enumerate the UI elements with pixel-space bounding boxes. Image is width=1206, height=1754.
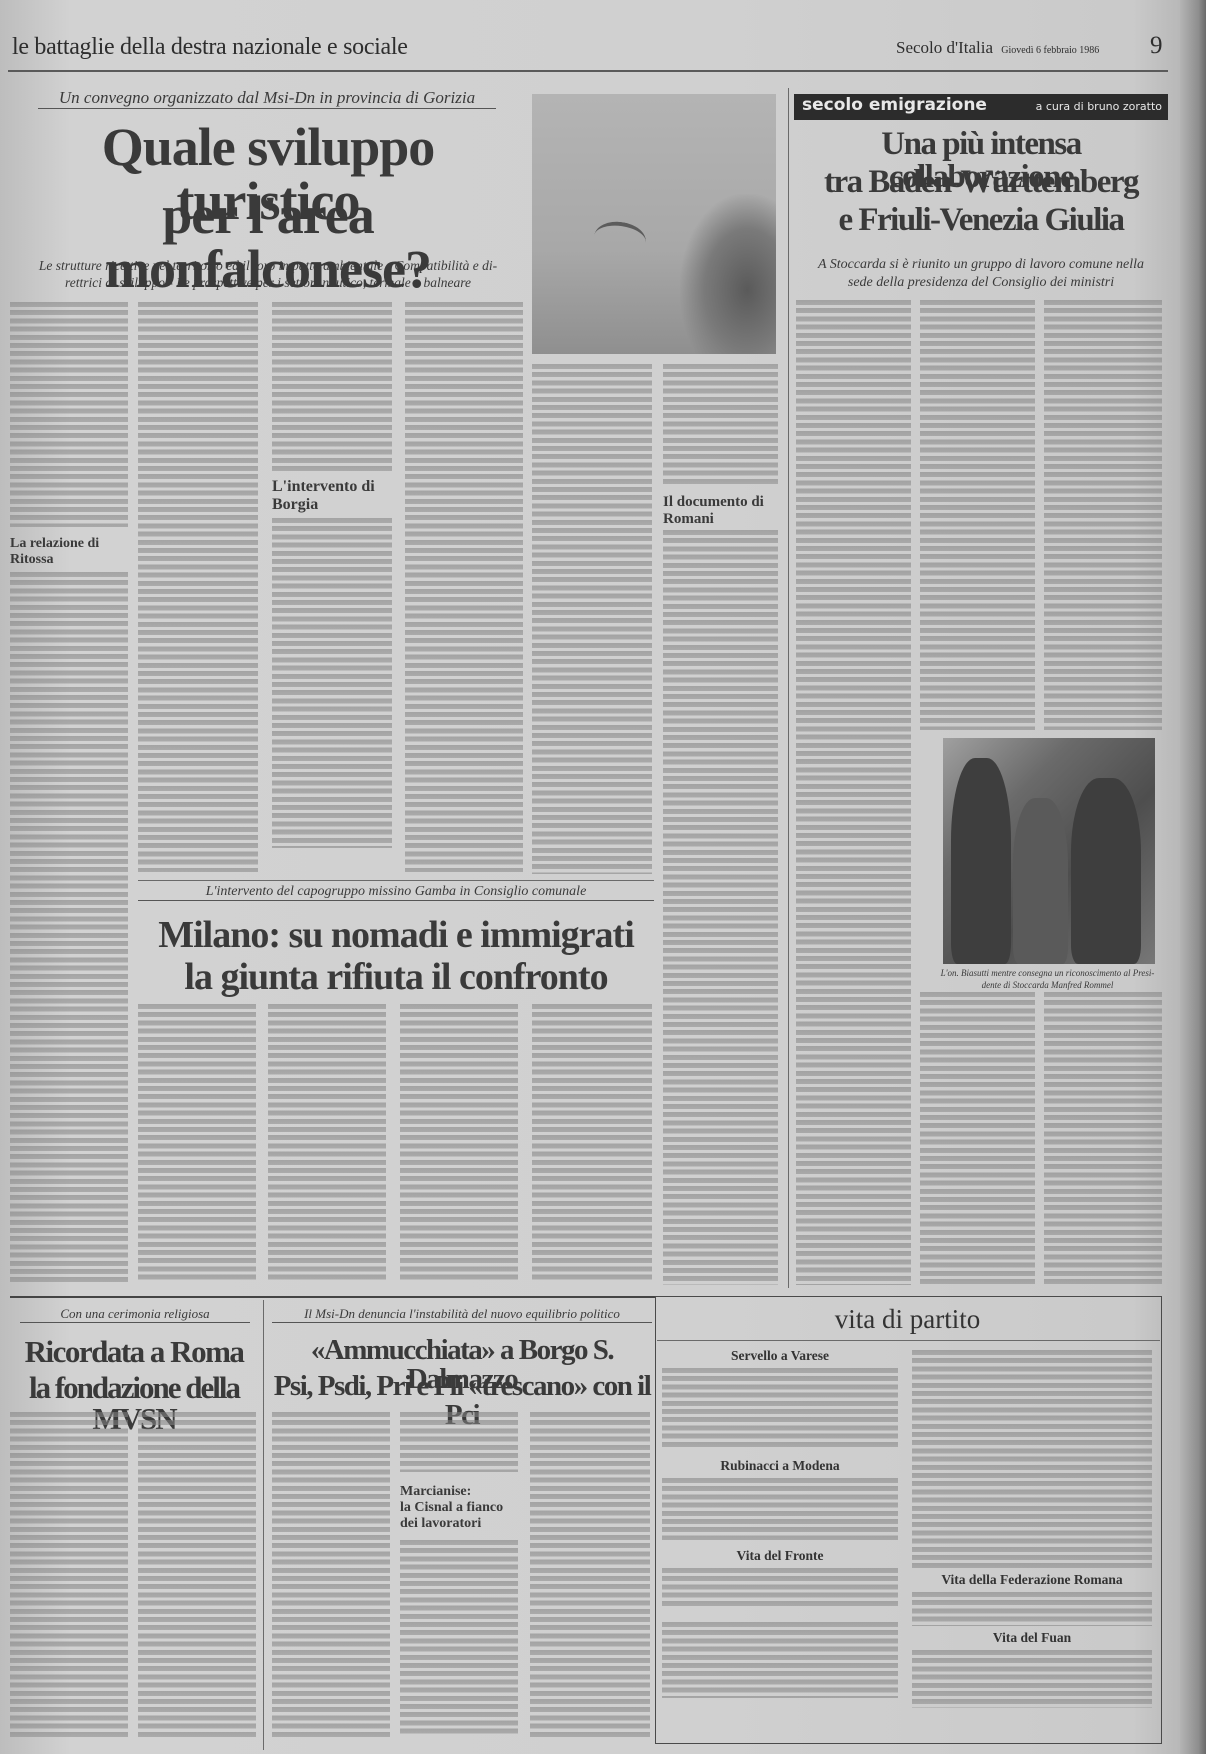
marcianise-head: Marcianise: la Cisnal a fianco dei lavor… bbox=[400, 1484, 518, 1532]
subhead-romani: Il documento di Romani bbox=[663, 494, 778, 529]
text-column bbox=[530, 1412, 650, 1737]
text-column bbox=[138, 1004, 256, 1282]
text-column bbox=[10, 572, 128, 1282]
text-column bbox=[920, 992, 1035, 1285]
text-column bbox=[663, 530, 778, 1285]
text-column bbox=[272, 302, 392, 472]
text-column bbox=[272, 518, 392, 848]
section-banner: secolo emigrazione a cura di bruno zorat… bbox=[794, 94, 1168, 120]
text-column bbox=[1044, 300, 1162, 730]
photo-caption: L'on. Biasutti mentre consegna un ricono… bbox=[930, 968, 1165, 991]
running-title: le battaglie della destra nazionale e so… bbox=[12, 34, 408, 61]
text-column bbox=[400, 1540, 518, 1737]
deck-line: rettrici di sviluppo - Le prospettive pe… bbox=[10, 275, 526, 292]
banner-title: secolo emigrazione bbox=[802, 95, 987, 115]
vita-di-partito-title: vita di partito bbox=[655, 1304, 1160, 1335]
subhead-borgia: L'intervento di Borgia bbox=[272, 478, 392, 515]
head-line: dei lavoratori bbox=[400, 1516, 518, 1532]
text-column bbox=[912, 1650, 1152, 1708]
section-federazione-romana: Vita della Federazione Romana bbox=[910, 1572, 1154, 1588]
text-column bbox=[400, 1412, 518, 1472]
text-column bbox=[920, 300, 1035, 730]
section-fronte: Vita del Fronte bbox=[660, 1548, 900, 1564]
text-column bbox=[532, 364, 652, 874]
text-column bbox=[796, 300, 911, 1285]
masthead-title: Secolo d'Italia bbox=[896, 38, 993, 57]
text-column bbox=[532, 1004, 652, 1282]
emigrazione-deck: A Stoccarda si è riunito un gruppo di la… bbox=[794, 256, 1168, 291]
milano-kicker: L'intervento del capogruppo missino Gamb… bbox=[138, 884, 654, 901]
mvsn-headline-1: Ricordata a Roma bbox=[6, 1336, 262, 1367]
person bbox=[1013, 798, 1068, 964]
page-edge-shadow bbox=[1180, 0, 1206, 1754]
column-rule bbox=[788, 88, 789, 1288]
page-number: 9 bbox=[1150, 32, 1163, 60]
subhead-ritossa: La relazione di Ritossa bbox=[10, 536, 128, 568]
emigrazione-headline-2: tra Baden-Württemberg bbox=[794, 166, 1168, 199]
text-column bbox=[10, 302, 128, 527]
text-column bbox=[138, 302, 258, 872]
monfalcone-kicker: Un convegno organizzato dal Msi-Dn in pr… bbox=[38, 88, 496, 109]
text-column bbox=[663, 364, 778, 484]
deck-line: Le strutture ricettive nel territorio ed… bbox=[10, 258, 526, 275]
meeting-photo bbox=[943, 738, 1155, 964]
masthead: Secolo d'Italia Giovedì 6 febbraio 1986 bbox=[896, 38, 1099, 58]
caption-line: dente di Stoccarda Manfred Rommel bbox=[930, 980, 1165, 992]
person bbox=[951, 758, 1011, 964]
text-column bbox=[400, 1004, 518, 1282]
mvsn-kicker: Con una cerimonia religiosa bbox=[20, 1306, 250, 1323]
section-fuan: Vita del Fuan bbox=[910, 1630, 1154, 1646]
text-column bbox=[1044, 992, 1162, 1285]
text-column bbox=[405, 302, 523, 872]
cliff bbox=[680, 194, 776, 354]
text-column bbox=[662, 1478, 898, 1540]
box-rule bbox=[657, 1340, 1160, 1341]
seagull-photo bbox=[532, 94, 776, 354]
deck-line: A Stoccarda si è riunito un gruppo di la… bbox=[794, 256, 1168, 274]
text-column bbox=[662, 1368, 898, 1448]
dateline: Giovedì 6 febbraio 1986 bbox=[1001, 45, 1099, 56]
column-rule bbox=[263, 1300, 264, 1750]
header-rule bbox=[8, 70, 1168, 72]
borgo-kicker: Il Msi-Dn denuncia l'instabilità del nuo… bbox=[272, 1306, 652, 1323]
text-column bbox=[138, 1412, 256, 1737]
text-column bbox=[272, 1412, 390, 1737]
deck-line: sede della presidenza del Consiglio dei … bbox=[794, 274, 1168, 292]
person bbox=[1071, 778, 1141, 964]
text-column bbox=[268, 1004, 386, 1282]
text-column bbox=[662, 1622, 898, 1698]
text-column bbox=[662, 1568, 898, 1606]
emigrazione-headline-3: e Friuli-Venezia Giulia bbox=[794, 204, 1168, 237]
banner-byline: a cura di bruno zoratto bbox=[1036, 100, 1162, 113]
section-rule bbox=[10, 1296, 655, 1298]
text-column bbox=[10, 1412, 128, 1737]
text-column bbox=[912, 1592, 1152, 1626]
monfalcone-deck: Le strutture ricettive nel territorio ed… bbox=[10, 258, 526, 292]
head-line: la Cisnal a fianco bbox=[400, 1500, 518, 1516]
section-rule bbox=[138, 880, 654, 881]
section-rubinacci: Rubinacci a Modena bbox=[660, 1458, 900, 1474]
milano-headline-2: la giunta rifiuta il confronto bbox=[138, 958, 654, 996]
section-servello: Servello a Varese bbox=[660, 1348, 900, 1364]
seagull bbox=[592, 219, 648, 260]
head-line: Marcianise: bbox=[400, 1484, 518, 1500]
text-column bbox=[912, 1350, 1152, 1568]
milano-headline-1: Milano: su nomadi e immigrati bbox=[138, 916, 654, 954]
caption-line: L'on. Biasutti mentre consegna un ricono… bbox=[930, 968, 1165, 980]
